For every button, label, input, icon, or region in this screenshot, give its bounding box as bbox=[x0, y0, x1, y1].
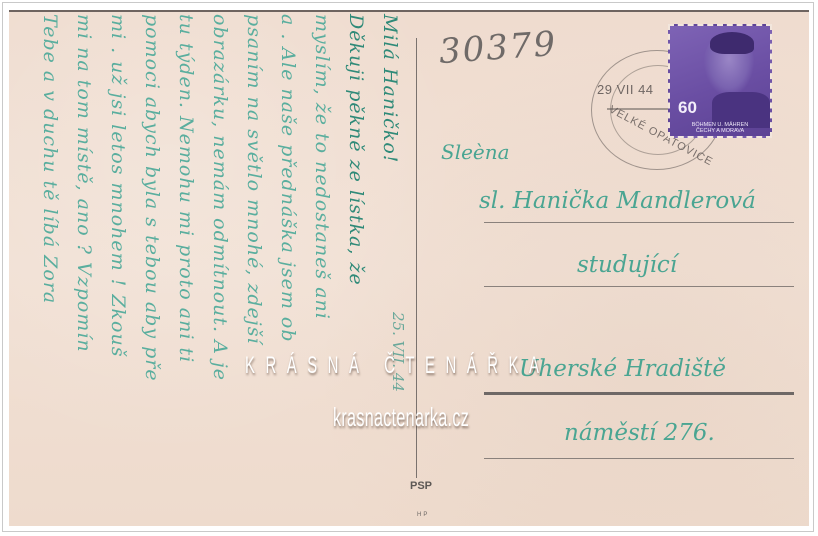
stamp-caption: BÖHMEN U. MÄHREN ČECHY A MORAVA bbox=[674, 122, 766, 134]
address-line-2 bbox=[484, 286, 794, 287]
message-line: Děkuji pěkně ze lístka, že bbox=[341, 14, 371, 526]
address-line-4 bbox=[484, 458, 794, 459]
publisher-mark: PSP bbox=[410, 480, 432, 492]
postage-stamp: 60 BÖHMEN U. MÄHREN ČECHY A MORAVA bbox=[668, 24, 772, 138]
message-line: psaním na světlo mnohé, zdejší bbox=[239, 14, 269, 526]
message-line: pomoci abych byla s tebou aby pře bbox=[137, 14, 167, 526]
address-town: Uherské Hradiště bbox=[519, 356, 726, 382]
handwritten-message: Milá Haničko!Děkuji pěkně ze lístka, žem… bbox=[9, 12, 409, 526]
message-line: tu týden. Nemohu mi proto ani ti bbox=[171, 14, 201, 526]
watermark-url[interactable]: krasnactenarka.cz bbox=[333, 402, 469, 433]
watermark-title: KRÁSNÁ ČTENÁŘKA bbox=[245, 352, 549, 380]
stamp-portrait-hair bbox=[710, 32, 754, 54]
message-line: mi na tom místě, ano ? Vzpomín bbox=[69, 14, 99, 526]
address-line-1 bbox=[484, 222, 794, 223]
message-line: a . Ale naše přednáška jsem ob bbox=[273, 14, 303, 526]
postmark-date: 29 VII 44 bbox=[597, 82, 654, 97]
address-line-3 bbox=[484, 392, 794, 395]
postcard: Milá Haničko!Děkuji pěkně ze lístka, žem… bbox=[9, 10, 809, 526]
stamp-caption-line2: ČECHY A MORAVA bbox=[674, 128, 766, 134]
message-line: Milá Haničko! bbox=[375, 14, 405, 526]
message-line: obrazárku, nemám odmítnout. A je bbox=[205, 14, 235, 526]
address-occupation: studující bbox=[577, 252, 677, 278]
address-street: náměstí 276. bbox=[564, 420, 715, 446]
stamp-value: 60 bbox=[678, 98, 697, 118]
message-line: myslím, že to nedostaneš ani bbox=[307, 14, 337, 526]
address-salutation: Sleèna bbox=[441, 140, 510, 164]
message-line: mi . už jsi letos mnohem ! Zkouš bbox=[103, 14, 133, 526]
address-recipient: sl. Hanička Mandlerová bbox=[479, 188, 756, 214]
reference-number: 30379 bbox=[438, 24, 559, 72]
publisher-sub-mark: HP bbox=[417, 512, 429, 518]
message-line: Tebe a v duchu tě líbá Zora bbox=[35, 14, 65, 526]
